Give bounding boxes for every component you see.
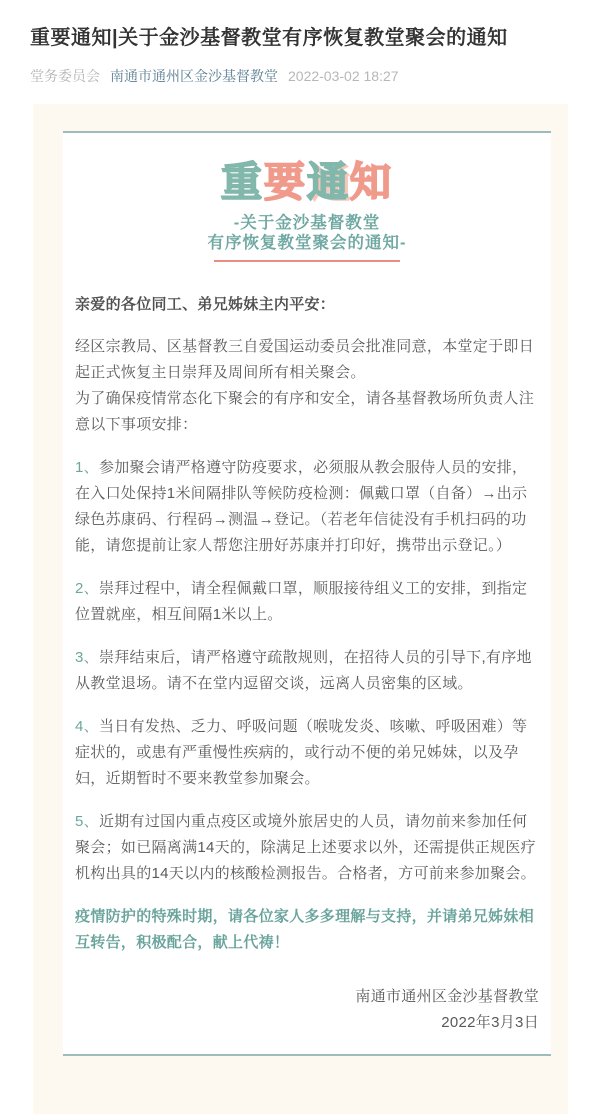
content-panel: 重要通知 -关于金沙基督教堂 有序恢复教堂聚会的通知- 亲爱的各位同工、弟兄姊妹…	[33, 104, 568, 1114]
notice-banner: 重要通知 -关于金沙基督教堂 有序恢复教堂聚会的通知-	[75, 160, 539, 262]
intro-paragraph-2: 为了确保疫情常态化下聚会的有序和安全，请各基督教场所负责人注意以下事项安排：	[75, 386, 539, 438]
banner-char: 重	[221, 159, 264, 205]
item-text: 崇拜结束后，请严格遵守疏散规则，在招待人员的引导下,有序地从教堂退场。请不在堂内…	[75, 649, 532, 692]
notice-item: 4、当日有发热、乏力、呼吸问题（喉咙发炎、咳嗽、呼吸困难）等症状的，或患有严重慢…	[75, 714, 539, 792]
banner-title: 重要通知	[75, 160, 539, 205]
item-text: 当日有发热、乏力、呼吸问题（喉咙发炎、咳嗽、呼吸困难）等症状的，或患有严重慢性疾…	[75, 718, 527, 787]
item-number: 4、	[75, 718, 99, 735]
item-number: 1、	[75, 459, 99, 476]
account-link[interactable]: 南通市通州区金沙基督教堂	[110, 68, 278, 84]
greeting-text: 亲爱的各位同工、弟兄姊妹主内平安：	[75, 292, 539, 318]
banner-subtitle-line1: -关于金沙基督教堂	[75, 213, 539, 233]
item-text: 近期有过国内重点疫区或境外旅居史的人员，请勿前来参加任何聚会；如已隔离满14天的…	[75, 813, 536, 882]
article-header: 重要通知|关于金沙基督教堂有序恢复教堂聚会的通知 堂务委员会南通市通州区金沙基督…	[0, 0, 600, 104]
notice-item: 3、崇拜结束后，请严格遵守疏散规则，在招待人员的引导下,有序地从教堂退场。请不在…	[75, 645, 539, 697]
banner-char: 要	[264, 159, 307, 205]
author-label: 堂务委员会	[30, 68, 100, 84]
item-number: 2、	[75, 580, 99, 597]
publish-time: 2022-03-02 18:27	[288, 68, 399, 84]
banner-subtitle-line2: 有序恢复教堂聚会的通知-	[75, 233, 539, 253]
article-title: 重要通知|关于金沙基督教堂有序恢复教堂聚会的通知	[30, 24, 570, 53]
closing-text: 疫情防护的特殊时期，请各位家人多多理解与支持，并请弟兄姊妹相互转告，积极配合，献…	[75, 904, 539, 956]
item-text: 参加聚会请严格遵守防疫要求，必须服从教会服侍人员的安排，在入口处保持1米间隔排队…	[75, 459, 527, 554]
notice-item: 5、近期有过国内重点疫区或境外旅居史的人员，请勿前来参加任何聚会；如已隔离满14…	[75, 809, 539, 887]
signature-name: 南通市通州区金沙基督教堂	[75, 984, 539, 1010]
notice-body: 亲爱的各位同工、弟兄姊妹主内平安： 经区宗教局、区基督教三自爱国运动委员会批准同…	[75, 292, 539, 1036]
notice-item: 1、参加聚会请严格遵守防疫要求，必须服从教会服侍人员的安排，在入口处保持1米间隔…	[75, 455, 539, 559]
banner-char: 通	[307, 159, 350, 205]
signature-date: 2022年3月3日	[75, 1010, 539, 1036]
intro-paragraph-1: 经区宗教局、区基督教三自爱国运动委员会批准同意，本堂定于即日起正式恢复主日崇拜及…	[75, 334, 539, 386]
banner-underline-divider	[214, 260, 400, 262]
item-number: 3、	[75, 649, 99, 666]
article-page: 重要通知|关于金沙基督教堂有序恢复教堂聚会的通知 堂务委员会南通市通州区金沙基督…	[0, 0, 600, 1114]
banner-subtitle: -关于金沙基督教堂 有序恢复教堂聚会的通知-	[75, 213, 539, 253]
article-meta: 堂务委员会南通市通州区金沙基督教堂2022-03-02 18:27	[30, 66, 570, 86]
item-text: 崇拜过程中，请全程佩戴口罩，顺服接待组义工的安排，到指定位置就座，相互间隔1米以…	[75, 580, 527, 623]
notice-item: 2、崇拜过程中，请全程佩戴口罩，顺服接待组义工的安排，到指定位置就座，相互间隔1…	[75, 576, 539, 628]
notice-card: 重要通知 -关于金沙基督教堂 有序恢复教堂聚会的通知- 亲爱的各位同工、弟兄姊妹…	[63, 131, 551, 1056]
intro-section: 经区宗教局、区基督教三自爱国运动委员会批准同意，本堂定于即日起正式恢复主日崇拜及…	[75, 334, 539, 438]
item-number: 5、	[75, 813, 99, 830]
signature-block: 南通市通州区金沙基督教堂 2022年3月3日	[75, 984, 539, 1036]
banner-char: 知	[350, 159, 393, 205]
